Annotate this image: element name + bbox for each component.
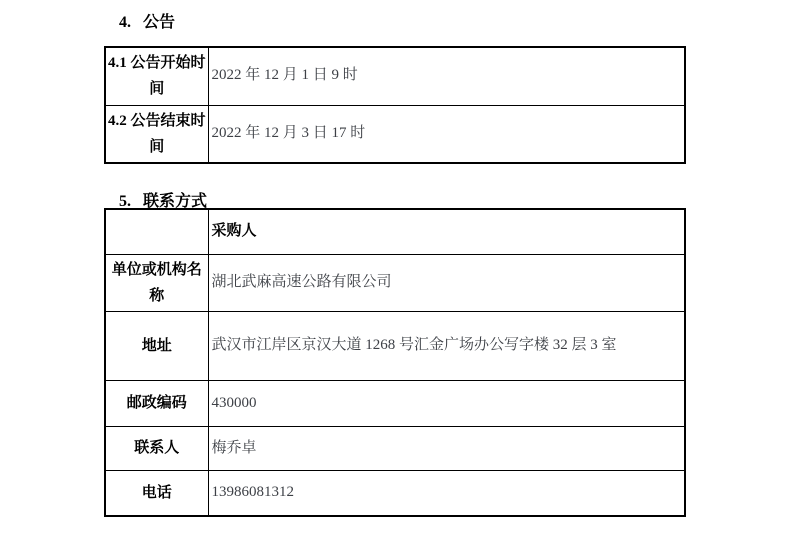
table-row-phone: 电话 13986081312: [105, 471, 685, 516]
row-label: 电话: [105, 471, 208, 516]
row-label-empty: [105, 209, 208, 254]
document-page: 4. 公告 4.1 公告开始时间 2022 年 12 月 1 日 9 时 4.2…: [0, 0, 789, 543]
row-value: 采购人: [208, 209, 685, 254]
row-value: 武汉市江岸区京汉大道 1268 号汇金广场办公写字楼 32 层 3 室: [208, 312, 685, 381]
announcement-table: 4.1 公告开始时间 2022 年 12 月 1 日 9 时 4.2 公告结束时…: [104, 46, 686, 164]
row-value: 湖北武麻高速公路有限公司: [208, 254, 685, 312]
section-title: 公告: [143, 14, 175, 31]
row-value: 13986081312: [208, 471, 685, 516]
row-label: 4.2 公告结束时间: [105, 105, 208, 163]
table-row-announcement-end: 4.2 公告结束时间 2022 年 12 月 3 日 17 时: [105, 105, 685, 163]
table-row-org-name: 单位或机构名称 湖北武麻高速公路有限公司: [105, 254, 685, 312]
table-row-contact-person: 联系人 梅乔卓: [105, 427, 685, 471]
section-heading-announcement: 4. 公告: [119, 9, 175, 32]
row-label: 单位或机构名称: [105, 254, 208, 312]
row-label: 4.1 公告开始时间: [105, 47, 208, 105]
row-value: 2022 年 12 月 1 日 9 时: [208, 47, 685, 105]
row-value: 430000: [208, 381, 685, 427]
table-row-address: 地址 武汉市江岸区京汉大道 1268 号汇金广场办公写字楼 32 层 3 室: [105, 312, 685, 381]
section-number: 4.: [119, 14, 131, 32]
row-value: 梅乔卓: [208, 427, 685, 471]
table-row-postcode: 邮政编码 430000: [105, 381, 685, 427]
row-label: 联系人: [105, 427, 208, 471]
row-label: 地址: [105, 312, 208, 381]
row-value: 2022 年 12 月 3 日 17 时: [208, 105, 685, 163]
table-row-announcement-start: 4.1 公告开始时间 2022 年 12 月 1 日 9 时: [105, 47, 685, 105]
contact-table: 采购人 单位或机构名称 湖北武麻高速公路有限公司 地址 武汉市江岸区京汉大道 1…: [104, 208, 686, 517]
table-row-purchaser-header: 采购人: [105, 209, 685, 254]
row-label: 邮政编码: [105, 381, 208, 427]
